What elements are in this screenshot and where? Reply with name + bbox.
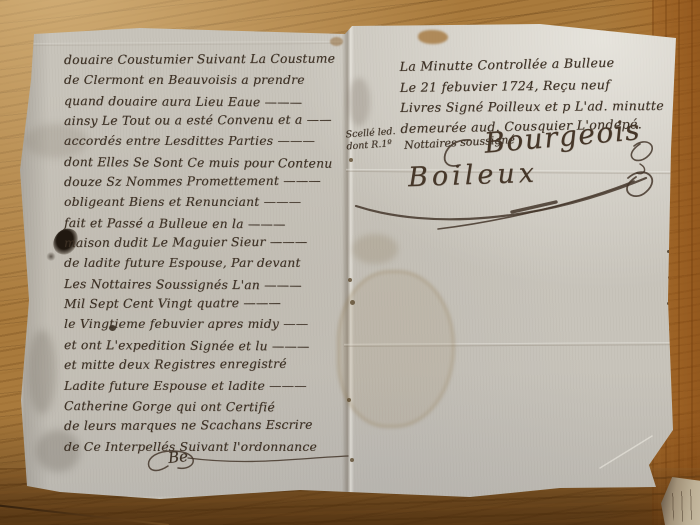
manuscript-line: le Vingtieme febuvier apres midy —— bbox=[64, 314, 360, 334]
ink-blot bbox=[46, 252, 56, 261]
signature-boileux: Boileux bbox=[407, 158, 538, 194]
manuscript-line: accordés entre Lesdittes Parties ——— bbox=[64, 131, 360, 151]
manuscript-line: de ladite future Espouse, Par devant bbox=[64, 253, 360, 273]
manuscript-line: et mitte deux Registres enregistré bbox=[64, 354, 360, 376]
manuscript-sheet: douaire Coustumier Suivant La Coustumede… bbox=[16, 24, 682, 506]
manuscript-line: douaire Coustumier Suivant La Coustume bbox=[64, 48, 360, 70]
manuscript-line: Le 21 febuvier 1724, Reçu neuf bbox=[400, 74, 680, 98]
manuscript-line: de Clermont en Beauvoisis a prendre bbox=[64, 70, 360, 90]
manuscript-line: ainsy Le Tout ou a esté Convenu et a —— bbox=[64, 109, 360, 131]
manuscript-line: Ladite future Espouse et ladite ——— bbox=[64, 376, 360, 396]
manuscript-line: maison dudit Le Maguier Sieur ——— bbox=[64, 232, 360, 254]
stain bbox=[28, 330, 56, 414]
left-page-text: douaire Coustumier Suivant La Coustumede… bbox=[64, 50, 360, 457]
paraph: Be bbox=[167, 447, 189, 467]
stain bbox=[330, 37, 343, 46]
stain bbox=[418, 30, 448, 44]
manuscript-line: de Ce Interpellés Suivant l'ordonnance bbox=[64, 437, 360, 457]
manuscript-line: Mil Sept Cent Vingt quatre ——— bbox=[64, 293, 360, 315]
manuscript-line: de leurs marques ne Scachans Escrire bbox=[64, 415, 360, 437]
deckle-edge bbox=[16, 241, 24, 506]
scrap-writing bbox=[668, 489, 700, 524]
fold-spot bbox=[350, 458, 354, 462]
margin-notes: Scellé led.dont R.1º bbox=[345, 125, 417, 154]
manuscript-line: obligeant Biens et Renunciant ——— bbox=[64, 192, 360, 212]
horizontal-crease bbox=[26, 41, 342, 46]
manuscript-line: douze Sz Nommes Promettement ——— bbox=[64, 171, 360, 193]
photo-of-manuscript: douaire Coustumier Suivant La Coustumede… bbox=[0, 0, 700, 525]
